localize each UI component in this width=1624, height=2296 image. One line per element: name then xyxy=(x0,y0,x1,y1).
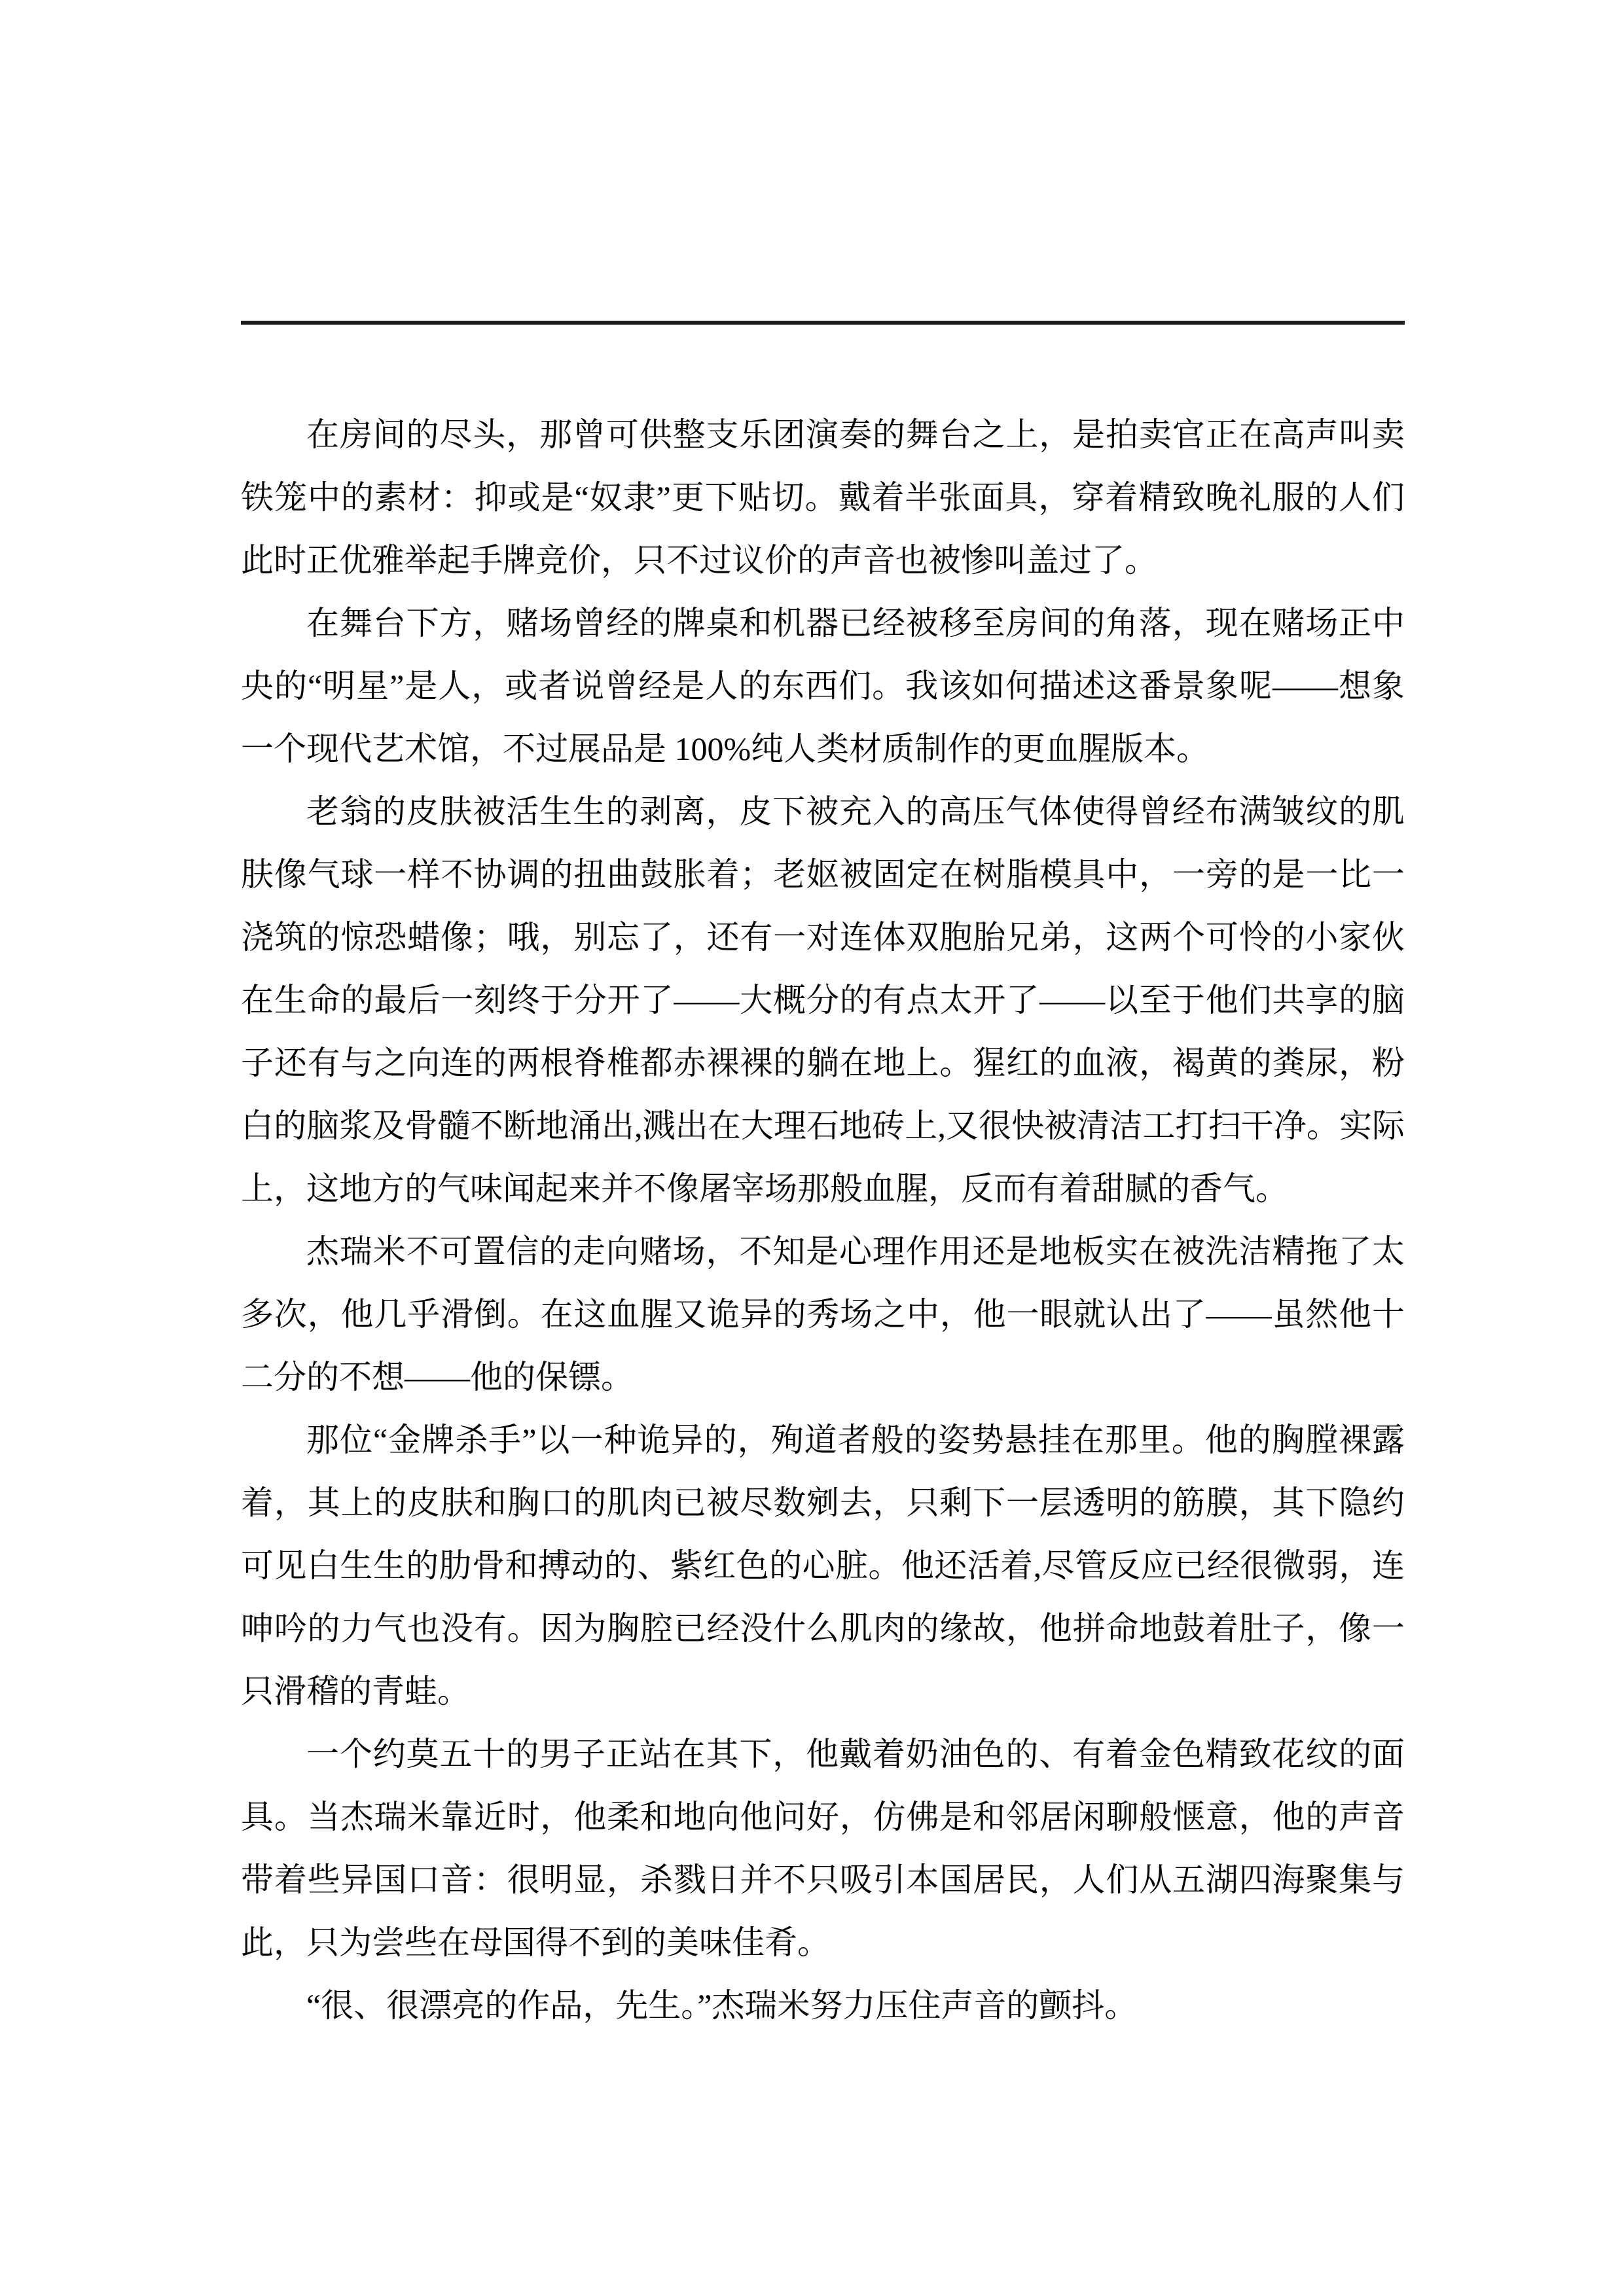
paragraph-5: 那位“金牌杀手”以一种诡异的，殉道者般的姿势悬挂在那里。他的胸膛裸露着，其上的皮… xyxy=(241,1408,1405,1723)
paragraph-7: “很、很漂亮的作品，先生。”杰瑞米努力压住声音的颤抖。 xyxy=(241,1974,1405,2037)
header-rule xyxy=(241,321,1405,325)
paragraph-1: 在房间的尽头，那曾可供整支乐团演奏的舞台之上，是拍卖官正在高声叫卖铁笼中的素材：… xyxy=(241,403,1405,592)
paragraph-2: 在舞台下方，赌场曾经的牌桌和机器已经被移至房间的角落，现在赌场正中央的“明星”是… xyxy=(241,592,1405,780)
document-page: 在房间的尽头，那曾可供整支乐团演奏的舞台之上，是拍卖官正在高声叫卖铁笼中的素材：… xyxy=(0,0,1624,2296)
paragraph-3: 老翁的皮肤被活生生的剥离，皮下被充入的高压气体使得曾经布满皱纹的肌肤像气球一样不… xyxy=(241,780,1405,1220)
paragraph-6: 一个约莫五十的男子正站在其下，他戴着奶油色的、有着金色精致花纹的面具。当杰瑞米靠… xyxy=(241,1723,1405,1974)
body-text: 在房间的尽头，那曾可供整支乐团演奏的舞台之上，是拍卖官正在高声叫卖铁笼中的素材：… xyxy=(241,403,1405,2037)
paragraph-4: 杰瑞米不可置信的走向赌场，不知是心理作用还是地板实在被洗洁精拖了太多次，他几乎滑… xyxy=(241,1220,1405,1408)
